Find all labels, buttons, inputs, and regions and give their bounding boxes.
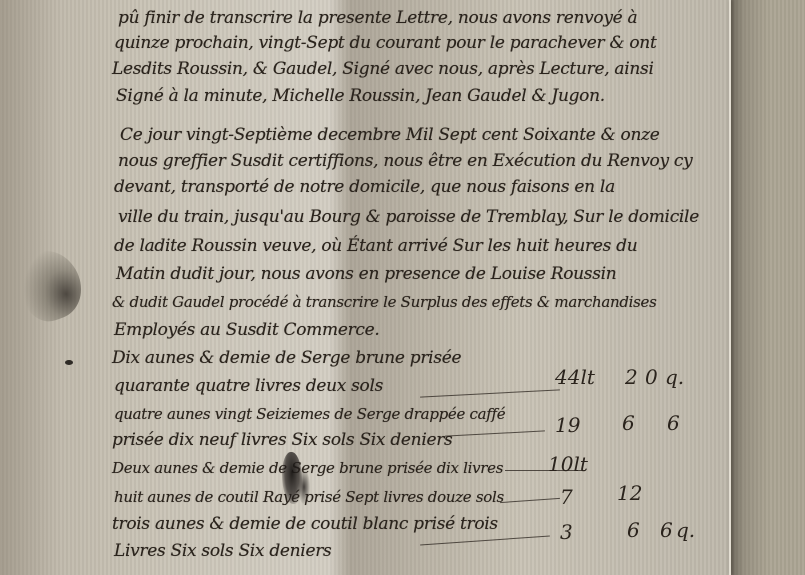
amount-deniers: 6 — [660, 518, 673, 542]
leader-line — [420, 535, 550, 545]
text-line: Lesdits Roussin, & Gaudel, Signé avec no… — [112, 59, 654, 79]
amount-deniers: 6 — [667, 411, 680, 435]
text-line: Signé à la minute, Michelle Roussin, Jea… — [116, 86, 605, 106]
amount-sols: 6 — [622, 411, 635, 435]
amount-sols: 6 — [627, 518, 640, 542]
text-line: de ladite Roussin veuve, où Étant arrivé… — [114, 236, 637, 256]
manuscript-page: pû finir de transcrire la presente Lettr… — [0, 0, 730, 575]
amount-livres: 10lt — [548, 452, 588, 476]
inventory-item-line: Livres Six sols Six deniers — [114, 541, 331, 561]
amount-mark: q. — [665, 365, 684, 389]
leader-line — [500, 498, 560, 503]
text-line: pû finir de transcrire la presente Lettr… — [118, 8, 637, 28]
amount-mark: q. — [676, 518, 695, 542]
text-line: devant, transporté de notre domicile, qu… — [114, 177, 615, 197]
text-line: Employés au Susdit Commerce. — [114, 320, 380, 340]
text-line: nous greffier Susdit certiffions, nous ê… — [118, 151, 692, 171]
ink-blot — [298, 470, 310, 504]
ink-speck — [65, 360, 73, 365]
manuscript-photo: pû finir de transcrire la presente Lettr… — [0, 0, 805, 575]
amount-sols: 12 — [617, 481, 642, 505]
amount-livres: 7 — [560, 485, 573, 509]
inventory-item-line: quatre aunes vingt Seiziemes de Serge dr… — [114, 405, 505, 423]
amount-sols: 2 — [625, 365, 638, 389]
underlying-sheet — [730, 0, 805, 575]
text-line: Matin dudit jour, nous avons en presence… — [116, 264, 616, 284]
amount-deniers: 0 — [645, 365, 658, 389]
inventory-item-line: quarante quatre livres deux sols — [114, 376, 383, 396]
text-line: ville du train, jusqu'au Bourg & paroiss… — [118, 207, 699, 227]
inventory-item-line: trois aunes & demie de coutil blanc pris… — [112, 514, 498, 534]
leader-line — [420, 389, 560, 397]
margin-stain — [10, 242, 90, 328]
page-edge — [729, 0, 731, 575]
amount-livres: 3 — [560, 520, 573, 544]
amount-livres: 19 — [555, 413, 580, 437]
text-line: & dudit Gaudel procédé à transcrire le S… — [112, 293, 657, 311]
amount-livres: 44lt — [555, 365, 595, 389]
text-line: quinze prochain, vingt-Sept du courant p… — [114, 33, 657, 53]
inventory-item-line: prisée dix neuf livres Six sols Six deni… — [112, 430, 452, 450]
leader-line — [445, 430, 545, 436]
inventory-item-line: Dix aunes & demie de Serge brune prisée — [112, 348, 461, 368]
paragraph-start-line: Ce jour vingt-Septième decembre Mil Sept… — [120, 125, 660, 145]
